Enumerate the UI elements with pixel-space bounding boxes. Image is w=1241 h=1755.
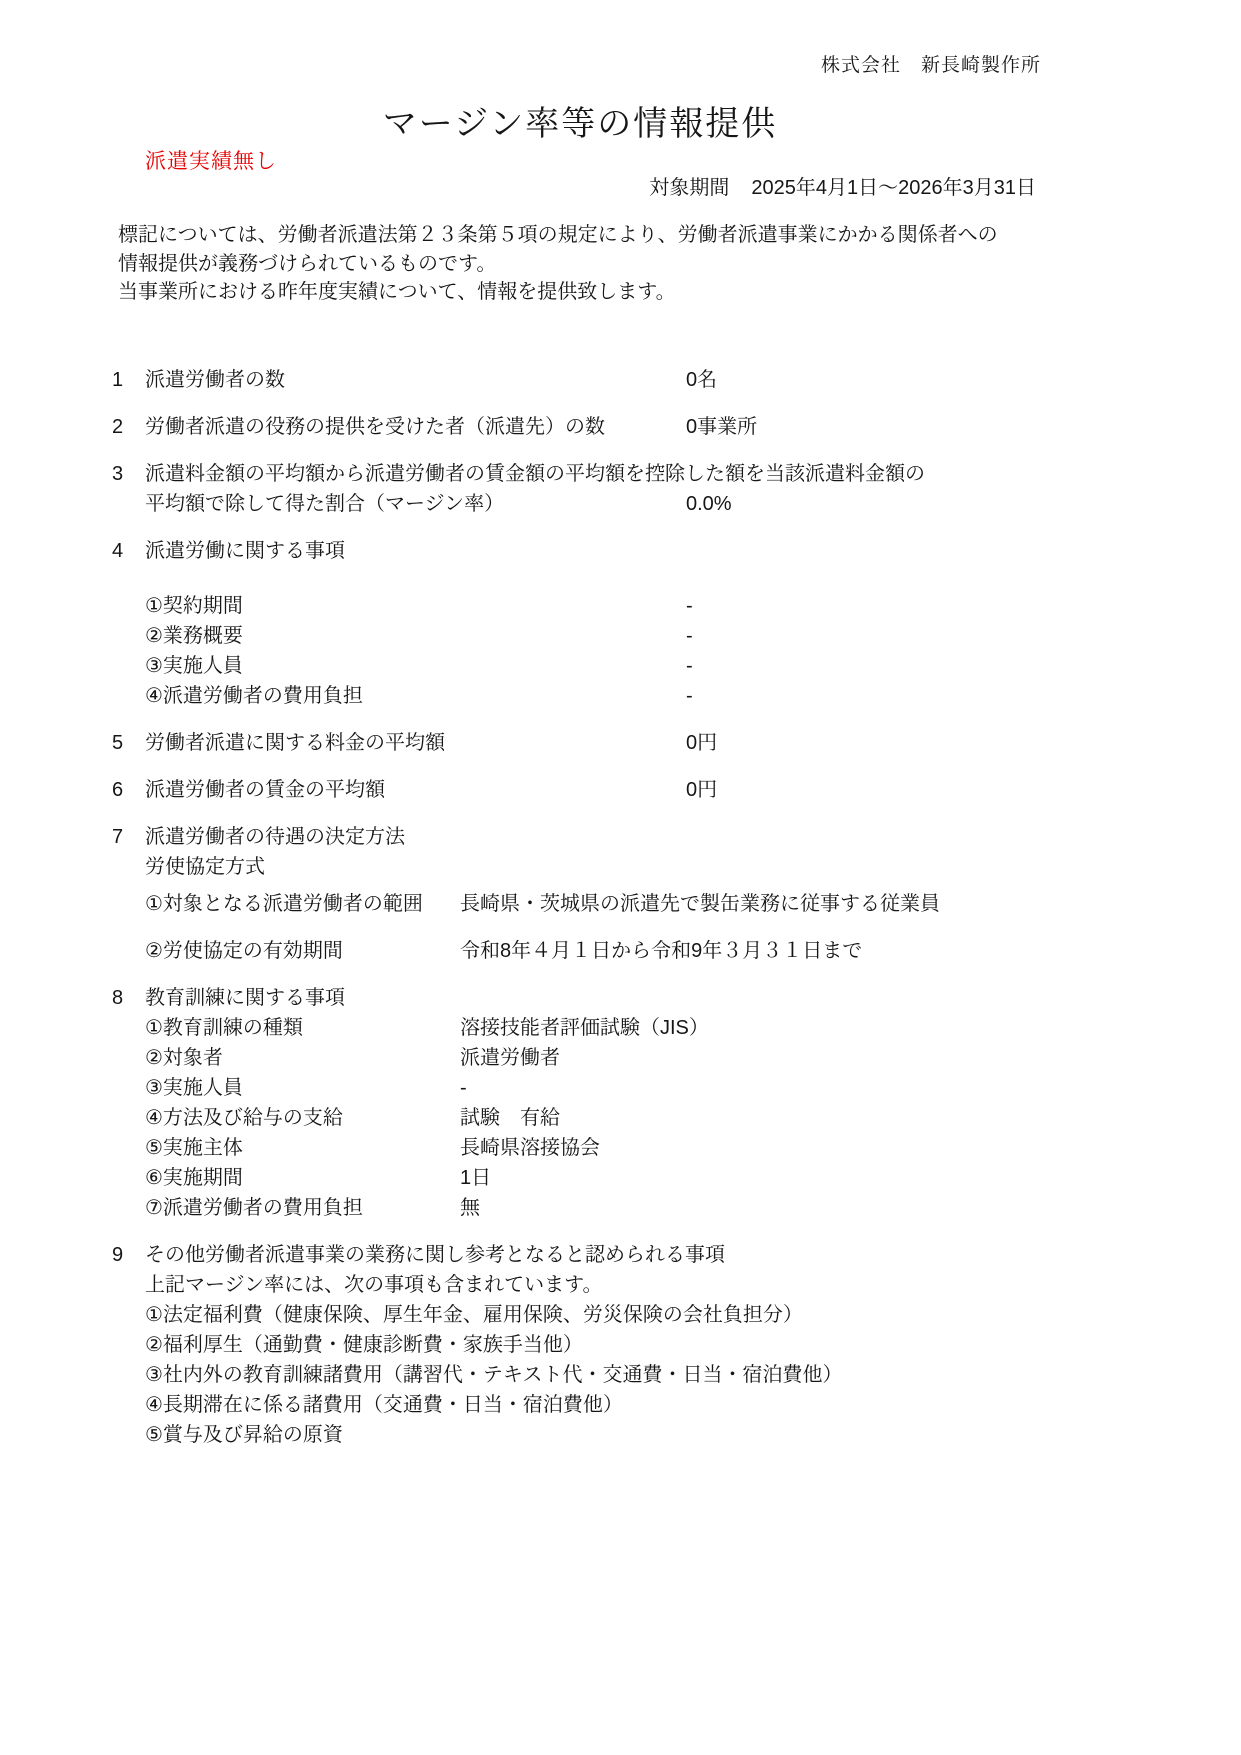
document-row: 2 労働者派遣の役務の提供を受けた者（派遣先）の数 0事業所	[0, 412, 1241, 442]
item-value: 0円	[686, 775, 717, 805]
item-number: 9	[112, 1240, 123, 1270]
item-label: 平均額で除して得た割合（マージン率）	[145, 493, 504, 515]
document-row: ②福利厚生（通勤費・健康診断費・家族手当他）	[0, 1330, 1241, 1360]
item-label: 派遣労働者の数	[145, 369, 285, 391]
document-row: ①教育訓練の種類 溶接技能者評価試験（JIS）	[0, 1013, 1241, 1043]
document-row: 6 派遣労働者の賃金の平均額 0円	[0, 775, 1241, 805]
item-label: 労働者派遣の役務の提供を受けた者（派遣先）の数	[145, 416, 605, 438]
item-label: ④長期滞在に係る諸費用（交通費・日当・宿泊費他）	[145, 1394, 623, 1416]
item-value: 0円	[686, 728, 717, 758]
item-value: -	[460, 1073, 467, 1103]
item-label: 派遣労働者の賃金の平均額	[145, 779, 385, 801]
item-number: 1	[112, 365, 123, 395]
item-label: ①教育訓練の種類	[145, 1017, 303, 1039]
item-label: ②対象者	[145, 1047, 223, 1069]
item-number: 8	[112, 983, 123, 1013]
document-row: 1 派遣労働者の数 0名	[0, 365, 1241, 395]
company-name: 株式会社 新長崎製作所	[821, 50, 1041, 77]
document-row: 上記マージン率には、次の事項も含まれています。	[0, 1270, 1241, 1300]
item-number: 4	[112, 536, 123, 566]
period-label: 対象期間	[649, 177, 729, 199]
document-row: ⑥実施期間 1日	[0, 1163, 1241, 1193]
document-row: ③実施人員 -	[0, 651, 1241, 681]
item-label: 派遣労働に関する事項	[145, 540, 345, 562]
document-row: ⑤賞与及び昇給の原資	[0, 1420, 1241, 1450]
item-value: -	[686, 591, 693, 621]
item-value: 0名	[686, 365, 717, 395]
item-number: 5	[112, 728, 123, 758]
item-value: -	[686, 681, 693, 711]
document-row: ⑦派遣労働者の費用負担 無	[0, 1193, 1241, 1223]
document-row: ①対象となる派遣労働者の範囲 長崎県・茨城県の派遣先で製缶業務に従事する従業員	[0, 889, 1241, 919]
document-row: ④方法及び給与の支給 試験 有給	[0, 1103, 1241, 1133]
document-row: 5 労働者派遣に関する料金の平均額 0円	[0, 728, 1241, 758]
intro-paragraph: 標記については、労働者派遣法第２３条第５項の規定により、労働者派遣事業にかかる関…	[118, 221, 1181, 307]
item-label: その他労働者派遣事業の業務に関し参考となると認められる事項	[145, 1244, 725, 1266]
document-row: ④派遣労働者の費用負担 -	[0, 681, 1241, 711]
document-title: マージン率等の情報提供	[0, 96, 1160, 145]
item-label: ①契約期間	[145, 595, 243, 617]
item-label: ④方法及び給与の支給	[145, 1107, 343, 1129]
item-label: ③実施人員	[145, 1077, 243, 1099]
item-label: ④派遣労働者の費用負担	[145, 685, 363, 707]
item-label: ②労使協定の有効期間	[145, 940, 343, 962]
document-row: 3 派遣料金額の平均額から派遣労働者の賃金額の平均額を控除した額を当該派遣料金額…	[0, 459, 1241, 489]
item-number: 7	[112, 822, 123, 852]
item-label: ①法定福利費（健康保険、厚生年金、雇用保険、労災保険の会社負担分）	[145, 1304, 803, 1326]
item-label: ③社内外の教育訓練諸費用（講習代・テキスト代・交通費・日当・宿泊費他）	[145, 1364, 843, 1386]
item-label: 上記マージン率には、次の事項も含まれています。	[145, 1274, 603, 1296]
item-label: ⑤実施主体	[145, 1137, 243, 1159]
item-label: ⑤賞与及び昇給の原資	[145, 1424, 343, 1446]
document-row: 4 派遣労働に関する事項	[0, 536, 1241, 566]
document-row: ③社内外の教育訓練諸費用（講習代・テキスト代・交通費・日当・宿泊費他）	[0, 1360, 1241, 1390]
document-row: 7 派遣労働者の待遇の決定方法	[0, 822, 1241, 852]
item-number: 6	[112, 775, 123, 805]
item-label: ②福利厚生（通勤費・健康診断費・家族手当他）	[145, 1334, 583, 1356]
document-row: 8 教育訓練に関する事項	[0, 983, 1241, 1013]
document-row: 9 その他労働者派遣事業の業務に関し参考となると認められる事項	[0, 1240, 1241, 1270]
item-value: 無	[460, 1193, 480, 1223]
item-number: 3	[112, 459, 123, 489]
item-value: 長崎県・茨城県の派遣先で製缶業務に従事する従業員	[460, 889, 940, 919]
document-row: 労使協定方式	[0, 852, 1241, 882]
item-label: ③実施人員	[145, 655, 243, 677]
item-label: ①対象となる派遣労働者の範囲	[145, 893, 423, 915]
document-row: ①法定福利費（健康保険、厚生年金、雇用保険、労災保険の会社負担分）	[0, 1300, 1241, 1330]
document-row: ⑤実施主体 長崎県溶接協会	[0, 1133, 1241, 1163]
item-value: 溶接技能者評価試験（JIS）	[460, 1013, 709, 1043]
document-row: ③実施人員 -	[0, 1073, 1241, 1103]
item-label: ⑥実施期間	[145, 1167, 243, 1189]
intro-line: 当事業所における昨年度実績について、情報を提供致します。	[118, 278, 1181, 307]
item-label: 教育訓練に関する事項	[145, 987, 345, 1009]
item-label: 派遣労働者の待遇の決定方法	[145, 826, 405, 848]
item-number: 2	[112, 412, 123, 442]
document-row: ②対象者 派遣労働者	[0, 1043, 1241, 1073]
document-row: ②労使協定の有効期間 令和8年４月１日から令和9年３月３１日まで	[0, 936, 1241, 966]
item-value: 令和8年４月１日から令和9年３月３１日まで	[460, 936, 862, 966]
item-label: 労使協定方式	[145, 856, 265, 878]
item-label: ⑦派遣労働者の費用負担	[145, 1197, 363, 1219]
item-value: -	[686, 621, 693, 651]
item-value: -	[686, 651, 693, 681]
document-row: ④長期滞在に係る諸費用（交通費・日当・宿泊費他）	[0, 1390, 1241, 1420]
intro-line: 情報提供が義務づけられているものです。	[118, 250, 1181, 279]
item-label: 労働者派遣に関する料金の平均額	[145, 732, 445, 754]
document-page: 株式会社 新長崎製作所 マージン率等の情報提供 派遣実績無し 対象期間2025年…	[0, 0, 1241, 1755]
document-row: ①契約期間 -	[0, 591, 1241, 621]
intro-line: 標記については、労働者派遣法第２３条第５項の規定により、労働者派遣事業にかかる関…	[118, 221, 1181, 250]
item-value: 試験 有給	[460, 1103, 560, 1133]
document-row: 平均額で除して得た割合（マージン率） 0.0%	[0, 489, 1241, 519]
no-dispatch-stamp: 派遣実績無し	[145, 145, 277, 175]
document-row: ②業務概要 -	[0, 621, 1241, 651]
item-value: 0.0%	[686, 489, 732, 519]
items-list: 1 派遣労働者の数 0名 2 労働者派遣の役務の提供を受けた者（派遣先）の数 0…	[0, 365, 1241, 1450]
target-period: 対象期間2025年4月1日～2026年3月31日	[649, 171, 1036, 200]
item-value: 派遣労働者	[460, 1043, 560, 1073]
item-value: 長崎県溶接協会	[460, 1133, 600, 1163]
item-value: 0事業所	[686, 412, 757, 442]
item-label: ②業務概要	[145, 625, 243, 647]
item-value: 1日	[460, 1163, 491, 1193]
period-value: 2025年4月1日～2026年3月31日	[751, 177, 1036, 199]
item-label: 派遣料金額の平均額から派遣労働者の賃金額の平均額を控除した額を当該派遣料金額の	[145, 463, 925, 485]
